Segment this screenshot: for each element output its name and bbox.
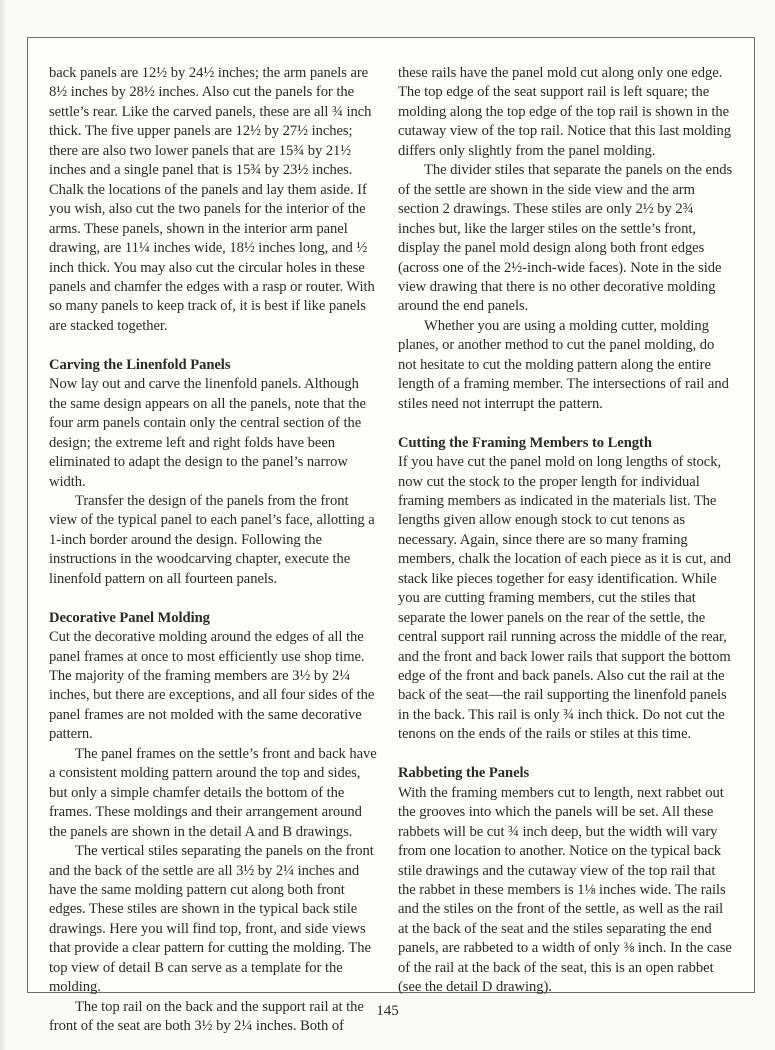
paragraph-rabbeting: With the framing members cut to length, …: [398, 784, 734, 998]
page-number: 145: [0, 1003, 775, 1020]
paragraph-transfer-design: Transfer the design of the panels from t…: [49, 492, 379, 589]
paragraph-molding-intro: Cut the decorative molding around the ed…: [49, 628, 379, 745]
right-column: these rails have the panel mold cut alon…: [398, 64, 734, 998]
heading-carving-linenfold-panels: Carving the Linenfold Panels: [49, 356, 379, 375]
heading-cutting-framing-members: Cutting the Framing Members to Length: [398, 434, 734, 453]
paragraph-vertical-stiles: The vertical stiles separating the panel…: [49, 842, 379, 998]
left-column: back panels are 12½ by 24½ inches; the a…: [49, 64, 379, 1037]
paragraph-cutting-framing: If you have cut the panel mold on long l…: [398, 453, 734, 745]
paragraph-panel-sizes: back panels are 12½ by 24½ inches; the a…: [49, 64, 379, 336]
paragraph-molding-method: Whether you are using a molding cutter, …: [398, 317, 734, 414]
paragraph-rail-molding: these rails have the panel mold cut alon…: [398, 64, 734, 161]
paragraph-frame-molding: The panel frames on the settle’s front a…: [49, 745, 379, 842]
heading-rabbeting-panels: Rabbeting the Panels: [398, 764, 734, 783]
page-binding-edge: [0, 0, 6, 1050]
paragraph-carving-intro: Now lay out and carve the linenfold pane…: [49, 375, 379, 492]
paragraph-divider-stiles: The divider stiles that separate the pan…: [398, 161, 734, 317]
heading-decorative-panel-molding: Decorative Panel Molding: [49, 609, 379, 628]
